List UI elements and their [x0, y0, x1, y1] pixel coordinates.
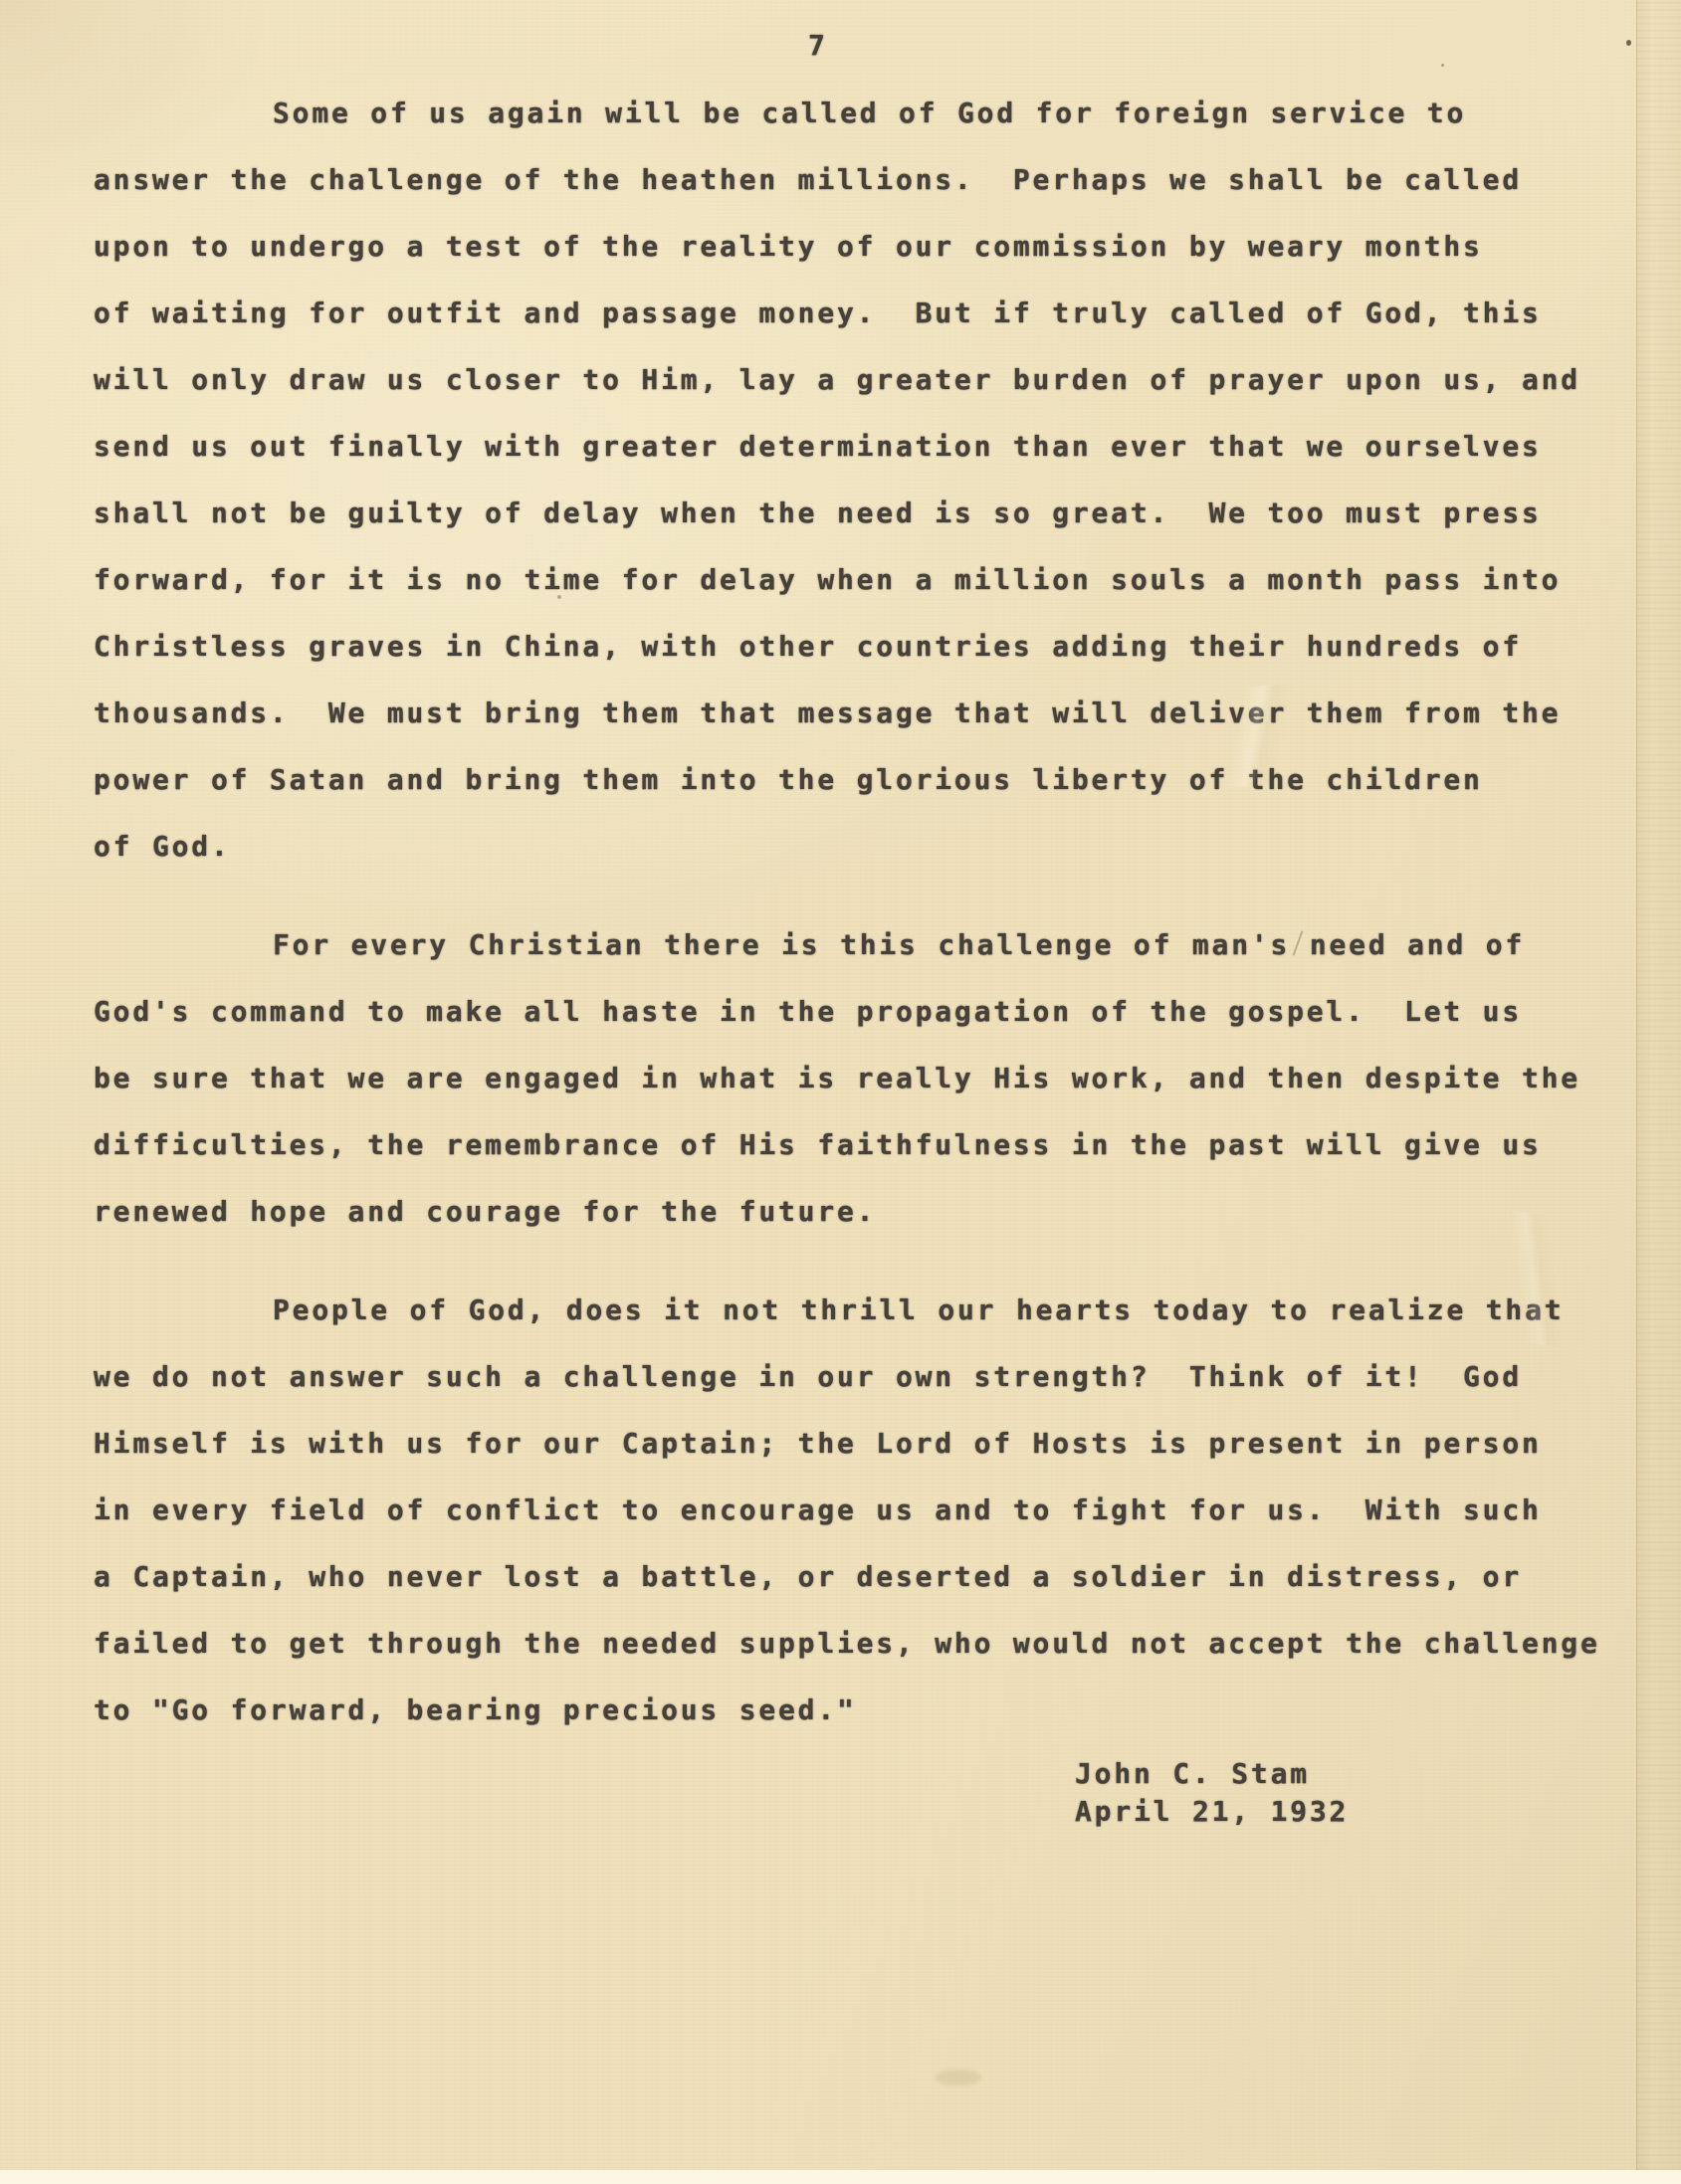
ink-speck	[1441, 64, 1444, 67]
text-line: failed to get through the needed supplie…	[94, 1610, 1600, 1677]
ink-speck	[1626, 40, 1631, 46]
text-line: we do not answer such a challenge in our…	[94, 1343, 1600, 1410]
text-line: a Captain, who never lost a battle, or d…	[94, 1543, 1600, 1610]
text-line: renewed hope and courage for the future.	[94, 1178, 1580, 1245]
text-line: upon to undergo a test of the reality of…	[94, 213, 1580, 280]
typewritten-content: 7 Some of us again will be called of God…	[0, 0, 1681, 2184]
text-line: People of God, does it not thrill our he…	[94, 1277, 1600, 1343]
signature-block: John C. Stam April 21, 1932	[1075, 1755, 1349, 1831]
text-line: of waiting for outfit and passage money.…	[94, 280, 1580, 346]
text-line: Some of us again will be called of God f…	[94, 80, 1580, 146]
signature-date: April 21, 1932	[1075, 1793, 1349, 1831]
page-number: 7	[808, 24, 828, 68]
paragraph-1: Some of us again will be called of God f…	[94, 80, 1580, 880]
paper-right-edge	[1636, 0, 1681, 2184]
text-line: answer the challenge of the heathen mill…	[94, 146, 1580, 213]
text-line: thousands. We must bring them that messa…	[94, 680, 1580, 746]
paper-smudge	[936, 2070, 981, 2085]
text-line: shall not be guilty of delay when the ne…	[94, 480, 1580, 546]
ink-speck	[557, 595, 561, 599]
signature-name: John C. Stam	[1075, 1755, 1349, 1793]
text-line: forward, for it is no time for delay whe…	[94, 546, 1580, 613]
text-line: power of Satan and bring them into the g…	[94, 746, 1580, 813]
text-line: be sure that we are engaged in what is r…	[94, 1045, 1580, 1111]
document-page: 7 Some of us again will be called of God…	[0, 0, 1681, 2184]
text-line: Christless graves in China, with other c…	[94, 613, 1580, 680]
text-line: Himself is with us for our Captain; the …	[94, 1410, 1600, 1477]
text-line: send us out finally with greater determi…	[94, 413, 1580, 480]
text-line: in every field of conflict to encourage …	[94, 1477, 1600, 1543]
text-line: God's command to make all haste in the p…	[94, 978, 1580, 1045]
paragraph-2: For every Christian there is this challe…	[94, 911, 1580, 1245]
text-line: to "Go forward, bearing precious seed."	[94, 1677, 1600, 1743]
text-line: of God.	[94, 813, 1580, 880]
text-line: will only draw us closer to Him, lay a g…	[94, 346, 1580, 413]
text-line: For every Christian there is this challe…	[94, 911, 1580, 978]
paragraph-3: People of God, does it not thrill our he…	[94, 1277, 1600, 1743]
text-line: difficulties, the remembrance of His fai…	[94, 1111, 1580, 1178]
scan-bottom-edge	[0, 2170, 1681, 2184]
